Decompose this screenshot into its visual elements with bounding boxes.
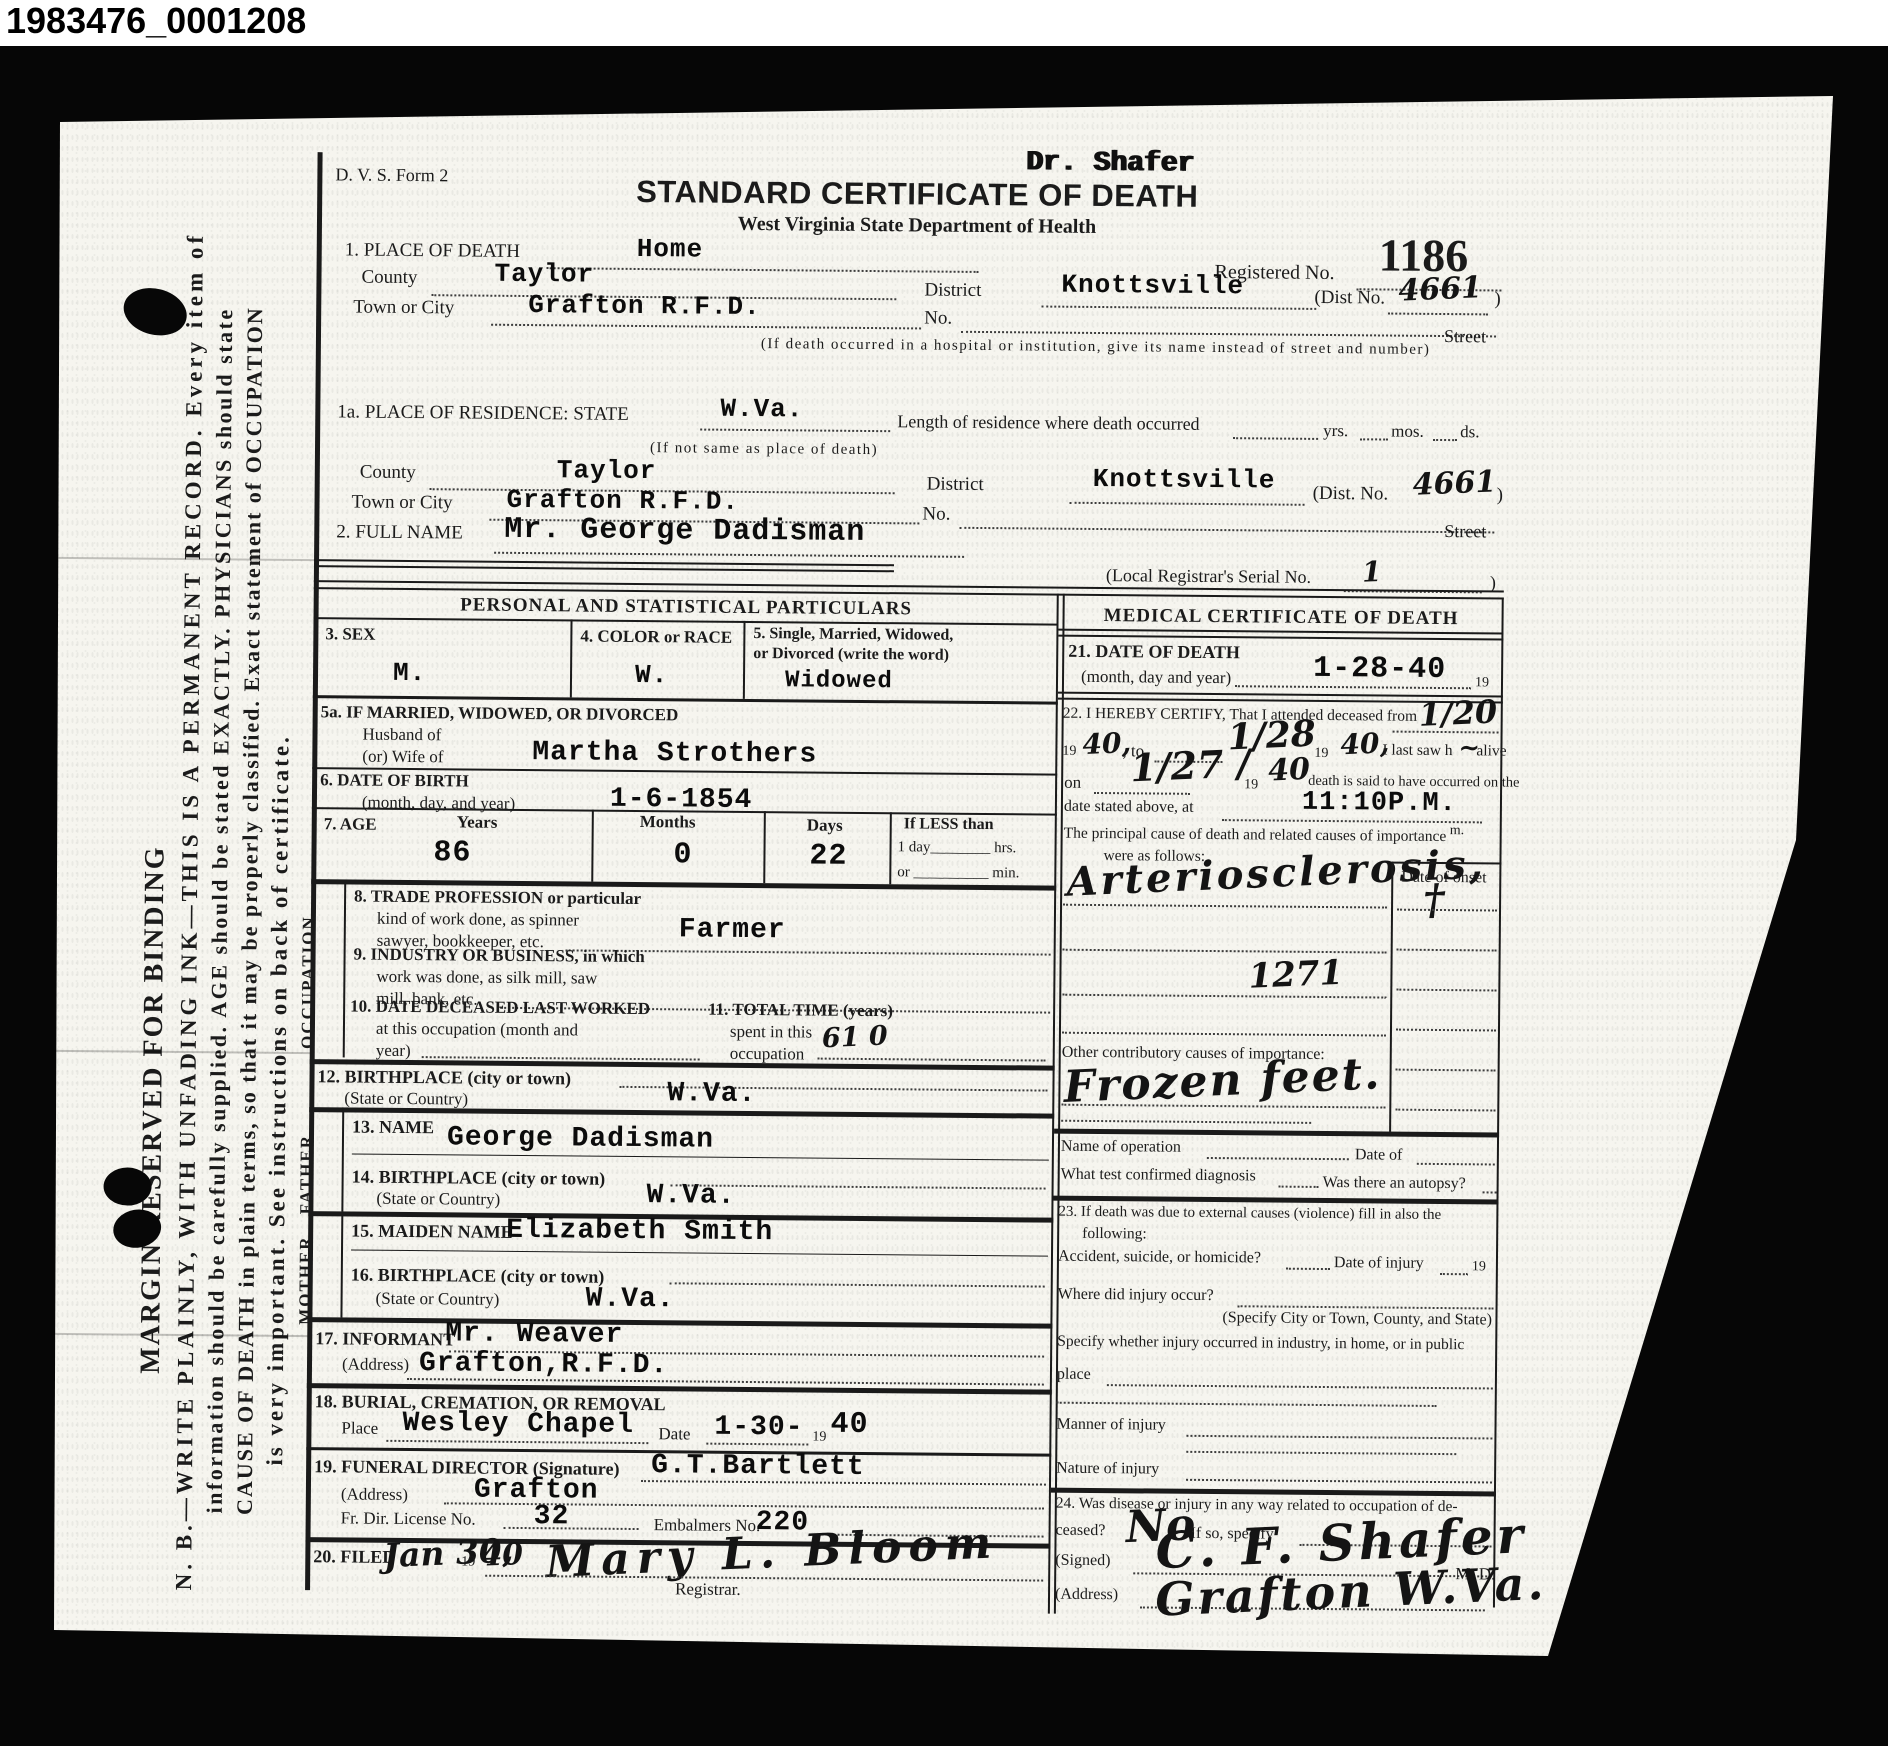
autopsy-label: Was there an autopsy? xyxy=(1323,1174,1466,1193)
trade-label-1: 8. TRADE PROFESSION or particular xyxy=(354,888,641,909)
last-worked-label-1: 10. DATE DECEASED LAST WORKED xyxy=(350,997,650,1018)
spouse-value: Martha Strothers xyxy=(532,739,817,769)
industry-label-1: 9. INDUSTRY OR BUSINESS, in which xyxy=(354,946,645,967)
race-value: W. xyxy=(635,662,668,688)
dotted-line xyxy=(1279,1186,1319,1188)
dotted-line xyxy=(1417,1163,1495,1166)
scanner-header-strip: 1983476_0001208 xyxy=(0,0,1888,46)
year-prefix: 19 xyxy=(812,1430,826,1445)
where-injury-label: Where did injury occur? xyxy=(1058,1286,1214,1305)
dotted-line xyxy=(1041,306,1316,310)
related-occupation-label-2: ceased? xyxy=(1056,1522,1106,1540)
dotted-line xyxy=(1393,731,1499,734)
accident-label: Accident, suicide, or homicide? xyxy=(1058,1248,1261,1267)
hole-punch xyxy=(118,281,191,342)
date-stated-label: date stated above, at xyxy=(1064,798,1194,816)
physician-address-label: (Address) xyxy=(1055,1586,1118,1604)
comma-19-label: 19 xyxy=(1244,777,1258,792)
no-label2: No. xyxy=(922,504,950,525)
dotted-line xyxy=(1094,792,1190,795)
date-of-death-sub: (month, day and year) xyxy=(1081,668,1231,688)
district-label: District xyxy=(924,280,981,301)
district-value: Knottsville xyxy=(1061,272,1244,300)
external-causes-label-1: 23. If death was due to external causes … xyxy=(1058,1204,1441,1224)
year-prefix: 19 xyxy=(461,1554,475,1569)
last-worked-label-3: year) xyxy=(376,1042,411,1061)
external-causes-label-2: following: xyxy=(1082,1226,1147,1243)
m-label: m. xyxy=(1450,823,1465,838)
dotted-line xyxy=(1483,1191,1497,1193)
operation-date-label: Date of xyxy=(1355,1146,1403,1164)
cell-divider xyxy=(343,879,347,1057)
license-label: Fr. Dir. License No. xyxy=(341,1509,476,1529)
dotted-line xyxy=(1397,949,1497,952)
margin-note-line4: is very important. See instructions on b… xyxy=(262,640,293,1560)
serial-value: 1 xyxy=(1361,558,1382,587)
margin-binding-note: MARGIN RESERVED FOR BINDING xyxy=(137,874,169,1374)
funeral-director-value: G.T.Bartlett xyxy=(651,1452,865,1482)
dotted-line xyxy=(706,1443,808,1446)
dotted-line xyxy=(700,429,890,433)
husband-of-label: Husband of xyxy=(362,726,441,745)
last-worked-label-2: at this occupation (month and xyxy=(376,1020,578,1040)
if-married-label: 5a. IF MARRIED, WIDOWED, OR DIVORCED xyxy=(321,703,679,724)
informant-label: 17. INFORMANT xyxy=(315,1329,455,1350)
dotted-line xyxy=(670,1282,1045,1287)
place-label: place xyxy=(1057,1366,1091,1384)
informant-address-value: Grafton,R.F.D. xyxy=(419,1350,668,1380)
length-residence-label: Length of residence where death occurred xyxy=(897,412,1200,434)
dotted-line xyxy=(1062,994,1386,999)
doctor-stamp: Dr. Shafer xyxy=(1025,147,1193,179)
dotted-line xyxy=(494,552,964,558)
burial-date-value: 1-30- xyxy=(714,1414,803,1443)
filed-year-value: 40 xyxy=(481,1540,524,1572)
informant-value: Mr. Weaver xyxy=(445,1320,623,1350)
maiden-name-value: Elizabeth Smith xyxy=(506,1217,773,1247)
cell-divider xyxy=(591,810,594,882)
cell-divider xyxy=(341,1107,344,1211)
certificate-title: STANDARD CERTIFICATE OF DEATH xyxy=(527,173,1307,216)
dotted-line xyxy=(1063,904,1387,909)
rule xyxy=(351,1250,1048,1257)
principal-cause-label-1: The principal cause of death and related… xyxy=(1064,826,1447,846)
state-country-label: (State or Country) xyxy=(376,1190,500,1209)
comma-19-label: 19 xyxy=(1314,746,1328,761)
informant-address-label: (Address) xyxy=(342,1355,409,1374)
dotted-line xyxy=(1070,502,1305,506)
test-label: What test confirmed diagnosis xyxy=(1061,1166,1256,1185)
county-label: County xyxy=(361,268,417,289)
occupation-vertical-label: OCCUPATION xyxy=(299,896,318,1068)
yrs-label: yrs. xyxy=(1323,422,1348,441)
wife-of-label: (or) Wife of xyxy=(362,748,443,767)
scan-id-label: 1983476_0001208 xyxy=(6,0,306,42)
ds-label: ds. xyxy=(1460,423,1480,442)
funeral-address-label: (Address) xyxy=(341,1485,408,1504)
birthplace12-value: W.Va. xyxy=(667,1080,756,1109)
hospital-note: (If death occurred in a hospital or inst… xyxy=(761,336,1431,358)
dotted-line xyxy=(1233,437,1318,440)
year-prefix: 19 xyxy=(1472,1259,1486,1274)
registrar-label: Registrar. xyxy=(675,1580,741,1599)
marital-label-2: or Divorced (write the word) xyxy=(753,645,949,664)
specify-city-note: (Specify City or Town, County, and State… xyxy=(1222,1309,1492,1329)
dist-no-value: 4661 xyxy=(1398,273,1483,307)
rule xyxy=(1058,635,1503,641)
serial-label: (Local Registrar's Serial No. xyxy=(1106,566,1311,587)
residence-value: W.Va. xyxy=(720,396,803,423)
last-saw-label: I last saw h xyxy=(1382,742,1452,759)
physician-address-value: Grafton W.Va. xyxy=(1154,1560,1547,1623)
father-birthplace-value: W.Va. xyxy=(646,1182,735,1211)
dist-no2-label: (Dist. No. xyxy=(1313,484,1389,505)
year-prefix: 19 xyxy=(1475,675,1489,690)
dotted-line xyxy=(1396,1069,1496,1072)
mother-birthplace-value: W.Va. xyxy=(585,1286,674,1315)
form-left-border xyxy=(305,152,323,1590)
if-less-label-2: 1 day________ hrs. xyxy=(897,839,1016,856)
paren-close: ) xyxy=(1497,485,1504,506)
county2-value: Taylor xyxy=(557,457,657,484)
dotted-line xyxy=(1186,1435,1492,1440)
burial-year-value: 40 xyxy=(830,1410,868,1440)
age-years-value: 86 xyxy=(433,838,471,868)
date-of-death-label: 21. DATE OF DEATH xyxy=(1068,642,1240,663)
not-same-note: (If not same as place of death) xyxy=(650,440,878,458)
dotted-line xyxy=(959,527,1494,534)
dotted-line xyxy=(504,1527,639,1530)
burial-place-value: Wesley Chapel xyxy=(402,1410,634,1440)
dotted-line xyxy=(1388,313,1488,316)
sex-label: 3. SEX xyxy=(325,625,375,644)
sex-value: M. xyxy=(393,660,426,686)
months-label: Months xyxy=(640,813,696,832)
nature-label: Nature of injury xyxy=(1056,1460,1159,1478)
dotted-line xyxy=(1396,989,1496,992)
residence-label: 1a. PLACE OF RESIDENCE: STATE xyxy=(337,402,629,425)
county-label2: County xyxy=(360,463,416,484)
hole-punch xyxy=(103,1167,151,1205)
certificate-paper: MARGIN RESERVED FOR BINDING N. B.—WRITE … xyxy=(0,0,1888,1746)
dotted-line xyxy=(491,324,921,330)
dotted-line xyxy=(1360,438,1388,440)
dotted-line xyxy=(1057,1402,1437,1407)
dotted-line xyxy=(1207,1157,1349,1160)
dotted-line xyxy=(1397,909,1497,912)
state-country-label: (State or Country) xyxy=(376,1290,500,1309)
dob-label: 6. DATE OF BIRTH xyxy=(320,771,469,791)
signed-label: (Signed) xyxy=(1055,1552,1110,1570)
total-time-label-1: 11. TOTAL TIME (years) xyxy=(708,1001,893,1021)
dist-no2-value: 4661 xyxy=(1412,467,1497,501)
time-of-death-value: 11:10P.M. xyxy=(1302,790,1457,818)
last-saw-date-value: 1/27 / xyxy=(1130,744,1252,787)
maiden-name-label: 15. MAIDEN NAME xyxy=(351,1222,513,1243)
alive-label: alive xyxy=(1476,743,1506,760)
dotted-line xyxy=(961,331,1496,338)
mother-birthplace-label: 16. BIRTHPLACE (city or town) xyxy=(351,1266,605,1288)
full-name-label: 2. FULL NAME xyxy=(336,522,463,544)
if-less-label-1: If LESS than xyxy=(904,815,994,833)
full-name-value: Mr. George Dadisman xyxy=(504,515,865,548)
cell-divider xyxy=(743,621,746,699)
dotted-line xyxy=(1222,819,1482,823)
days-label: Days xyxy=(807,816,843,835)
district2-value: Knottsville xyxy=(1093,466,1276,494)
cell-divider xyxy=(889,812,892,884)
town-label2: Town or City xyxy=(351,492,452,513)
rule xyxy=(1053,1196,1498,1205)
burial-date-label: Date xyxy=(658,1425,690,1444)
cause-code-value: 1271 xyxy=(1248,956,1344,994)
cell-divider xyxy=(763,811,766,883)
total-time-label-3: occupation xyxy=(730,1045,805,1064)
certificate-content: MARGIN RESERVED FOR BINDING N. B.—WRITE … xyxy=(54,105,1830,1720)
cell-divider xyxy=(340,1211,343,1317)
dist-no-label: (Dist No. xyxy=(1314,288,1385,309)
year-40-value: 40 xyxy=(1268,755,1311,787)
town-value: Grafton R.F.D. xyxy=(528,292,761,320)
contributory-value: Frozen feet. xyxy=(1063,1052,1382,1110)
injury-date-label: Date of injury xyxy=(1334,1254,1424,1272)
manner-label: Manner of injury xyxy=(1056,1416,1165,1434)
medical-section-title: MEDICAL CERTIFICATE OF DEATH xyxy=(1058,606,1503,630)
place-of-death-value: Home xyxy=(637,236,704,263)
dotted-line xyxy=(1286,1268,1330,1270)
industry-label-2: work was done, as silk mill, saw xyxy=(376,968,597,988)
burial-place-label: Place xyxy=(341,1419,378,1438)
year-prefix: 19 xyxy=(1062,744,1076,759)
form-number: D. V. S. Form 2 xyxy=(335,165,448,185)
rule xyxy=(1058,629,1503,635)
dotted-line xyxy=(1061,1120,1311,1124)
rule xyxy=(314,565,894,572)
total-time-value: 61 0 xyxy=(821,1022,888,1052)
state-country-label: (State or Country) xyxy=(344,1089,468,1108)
marital-label-1: 5. Single, Married, Widowed, xyxy=(753,625,953,644)
father-name-label: 13. NAME xyxy=(352,1118,434,1138)
years-label: Years xyxy=(457,813,498,832)
street-label: Street xyxy=(1444,327,1486,347)
town2-value: Grafton R.F.D. xyxy=(506,487,739,515)
age-months-value: 0 xyxy=(673,840,692,870)
operation-label: Name of operation xyxy=(1061,1138,1181,1156)
marital-value: Widowed xyxy=(785,669,893,694)
town-label: Town or City xyxy=(353,297,454,318)
no-label: No. xyxy=(924,308,952,329)
dotted-line xyxy=(1433,439,1457,441)
on-label: on xyxy=(1064,774,1081,793)
total-time-label-2: spent in this xyxy=(730,1023,812,1042)
county-value: Taylor xyxy=(494,261,594,288)
age-days-value: 22 xyxy=(809,841,847,871)
trade-label-2: kind of work done, as spinner xyxy=(377,910,579,930)
father-name-value: George Dadisman xyxy=(447,1124,714,1154)
dotted-line xyxy=(641,1480,1046,1486)
mother-vertical-label: MOTHER xyxy=(296,1232,314,1328)
dotted-line xyxy=(1107,1384,1493,1389)
dotted-line xyxy=(1186,1451,1456,1455)
personal-section-title: PERSONAL AND STATISTICAL PARTICULARS xyxy=(314,594,1059,621)
birthplace12-label: 12. BIRTHPLACE (city or town) xyxy=(317,1067,571,1089)
dotted-line xyxy=(1396,1029,1496,1032)
paren-close: ) xyxy=(1494,289,1501,310)
dotted-line xyxy=(1062,1032,1386,1037)
dotted-line xyxy=(818,1058,1046,1062)
if-less-label-3: or __________ min. xyxy=(897,864,1019,881)
date-of-death-value: 1-28-40 xyxy=(1313,654,1446,685)
dotted-line xyxy=(1186,1479,1492,1484)
district-label2: District xyxy=(927,475,984,496)
mos-label: mos. xyxy=(1391,423,1424,442)
dotted-line xyxy=(1395,1109,1495,1112)
dotted-line xyxy=(547,267,979,273)
onset-mark: † xyxy=(1422,878,1446,921)
rule xyxy=(1054,1129,1499,1138)
cell-divider xyxy=(570,619,573,697)
specify-injury-label: Specify whether injury occurred in indus… xyxy=(1057,1334,1464,1354)
age-label: 7. AGE xyxy=(324,815,377,834)
onset-box-border xyxy=(1389,862,1393,1132)
dotted-line xyxy=(1440,1273,1468,1275)
attended-from-value: 1/20 xyxy=(1418,695,1498,730)
street-label2: Street xyxy=(1444,522,1486,542)
trade-value: Farmer xyxy=(679,916,786,945)
father-birthplace-label: 14. BIRTHPLACE (city or town) xyxy=(352,1168,606,1190)
rule xyxy=(307,1317,1052,1329)
father-vertical-label: FATHER xyxy=(297,1126,315,1222)
race-label: 4. COLOR or RACE xyxy=(580,627,732,647)
margin-note-line1: N. B.—WRITE PLAINLY, WITH UNFADING INK—T… xyxy=(172,231,207,1591)
